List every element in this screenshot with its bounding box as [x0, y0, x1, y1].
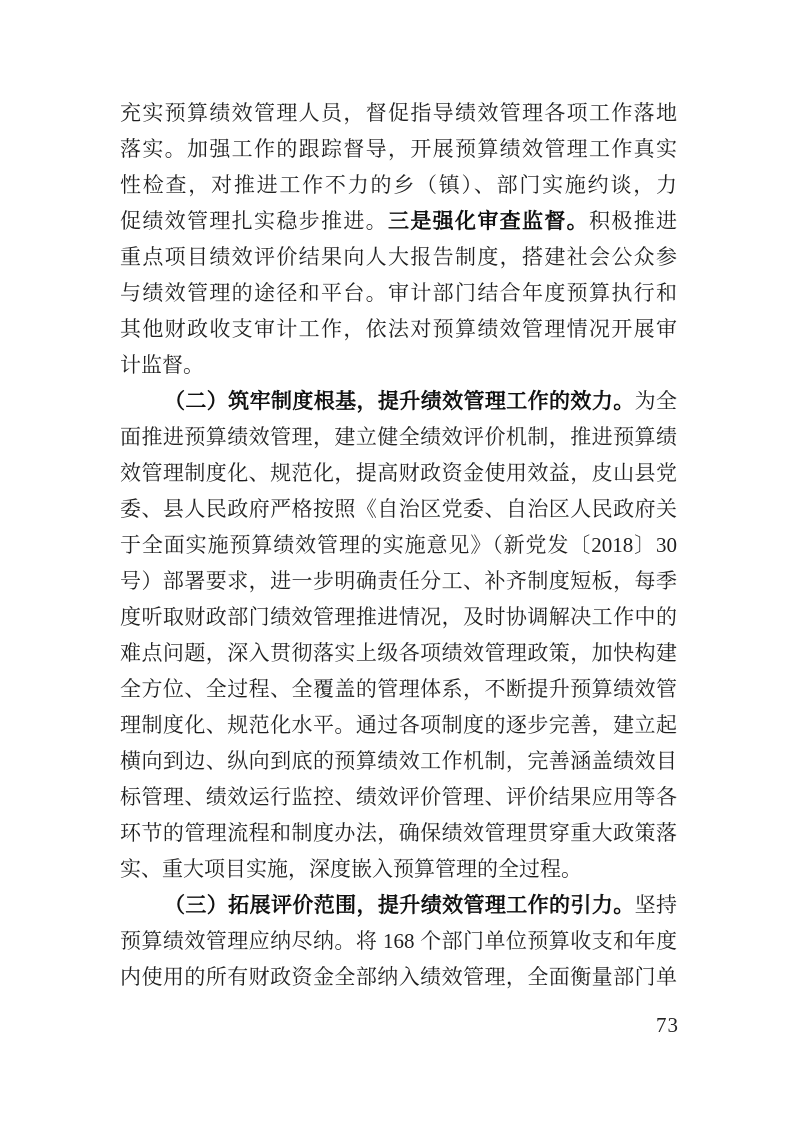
text-run: 与绩效管理的途径和平台。审计部门结合年度预算执行和: [120, 281, 677, 305]
text-run: 效管理制度化、规范化，提高财政资金使用效益，皮山县党: [120, 461, 677, 485]
text-run: 为全: [635, 389, 677, 413]
text-line: 于全面实施预算绩效管理的实施意见》（新党发〔2018〕30: [120, 527, 677, 563]
text-line: 落实。加强工作的跟踪督导，开展预算绩效管理工作真实: [120, 131, 677, 167]
text-block: 充实预算绩效管理人员，督促指导绩效管理各项工作落地落实。加强工作的跟踪督导，开展…: [120, 95, 677, 995]
text-line: （三）拓展评价范围，提升绩效管理工作的引力。坚持: [120, 887, 677, 923]
text-run: 重点项目绩效评价结果向人大报告制度，搭建社会公众参: [120, 245, 677, 269]
text-line: 充实预算绩效管理人员，督促指导绩效管理各项工作落地: [120, 95, 677, 131]
text-line: 度听取财政部门绩效管理推进情况，及时协调解决工作中的: [120, 599, 677, 635]
text-run: 落实。加强工作的跟踪督导，开展预算绩效管理工作真实: [120, 137, 677, 161]
text-run: 坚持: [635, 893, 677, 917]
text-run: 标管理、绩效运行监控、绩效评价管理、评价结果应用等各: [120, 785, 677, 809]
text-run: 性检查，对推进工作不力的乡（镇）、部门实施约谈，力: [120, 173, 677, 197]
text-run: 充实预算绩效管理人员，督促指导绩效管理各项工作落地: [120, 101, 677, 125]
text-line: 环节的管理流程和制度办法，确保绩效管理贯穿重大政策落: [120, 815, 677, 851]
text-line: 效管理制度化、规范化，提高财政资金使用效益，皮山县党: [120, 455, 677, 491]
text-run: 难点问题，深入贯彻落实上级各项绩效管理政策，加快构建: [120, 641, 677, 665]
text-run: 实、重大项目实施，深度嵌入预算管理的全过程。: [120, 857, 582, 881]
text-run: 环节的管理流程和制度办法，确保绩效管理贯穿重大政策落: [120, 821, 677, 845]
text-run: 积极推进: [589, 209, 677, 233]
text-run: 理制度化、规范化水平。通过各项制度的逐步完善，建立起: [120, 713, 677, 737]
text-line: 与绩效管理的途径和平台。审计部门结合年度预算执行和: [120, 275, 677, 311]
text-run: 全方位、全过程、全覆盖的管理体系，不断提升预算绩效管: [120, 677, 677, 701]
text-line: （二）筑牢制度根基，提升绩效管理工作的效力。为全: [120, 383, 677, 419]
text-line: 性检查，对推进工作不力的乡（镇）、部门实施约谈，力: [120, 167, 677, 203]
bold-run: （三）拓展评价范围，提升绩效管理工作的引力。: [164, 893, 635, 917]
text-line: 理制度化、规范化水平。通过各项制度的逐步完善，建立起: [120, 707, 677, 743]
text-line: 预算绩效管理应纳尽纳。将 168 个部门单位预算收支和年度: [120, 923, 677, 959]
text-run: 促绩效管理扎实稳步推进。: [120, 209, 388, 233]
text-line: 难点问题，深入贯彻落实上级各项绩效管理政策，加快构建: [120, 635, 677, 671]
text-line: 实、重大项目实施，深度嵌入预算管理的全过程。: [120, 851, 677, 887]
text-run: 面推进预算绩效管理，建立健全绩效评价机制，推进预算绩: [120, 425, 677, 449]
text-run: 委、县人民政府严格按照《自治区党委、自治区人民政府关: [120, 497, 677, 521]
text-line: 面推进预算绩效管理，建立健全绩效评价机制，推进预算绩: [120, 419, 677, 455]
page-number: 73: [656, 1013, 679, 1038]
text-line: 全方位、全过程、全覆盖的管理体系，不断提升预算绩效管: [120, 671, 677, 707]
text-run: 内使用的所有财政资金全部纳入绩效管理，全面衡量部门单: [120, 965, 677, 989]
text-run: 度听取财政部门绩效管理推进情况，及时协调解决工作中的: [120, 605, 677, 629]
text-run: 预算绩效管理应纳尽纳。将 168 个部门单位预算收支和年度: [120, 929, 677, 953]
document-page: 充实预算绩效管理人员，督促指导绩效管理各项工作落地落实。加强工作的跟踪督导，开展…: [0, 0, 793, 1122]
text-line: 其他财政收支审计工作，依法对预算绩效管理情况开展审: [120, 311, 677, 347]
text-run: 计监督。: [120, 353, 204, 377]
text-run: 于全面实施预算绩效管理的实施意见》（新党发〔2018〕30: [120, 533, 677, 557]
text-line: 内使用的所有财政资金全部纳入绩效管理，全面衡量部门单: [120, 959, 677, 995]
bold-run: （二）筑牢制度根基，提升绩效管理工作的效力。: [164, 389, 635, 413]
text-run: 横向到边、纵向到底的预算绩效工作机制，完善涵盖绩效目: [120, 749, 677, 773]
text-line: 横向到边、纵向到底的预算绩效工作机制，完善涵盖绩效目: [120, 743, 677, 779]
text-line: 促绩效管理扎实稳步推进。三是强化审查监督。积极推进: [120, 203, 677, 239]
text-line: 号）部署要求，进一步明确责任分工、补齐制度短板，每季: [120, 563, 677, 599]
text-line: 计监督。: [120, 347, 677, 383]
text-run: 号）部署要求，进一步明确责任分工、补齐制度短板，每季: [120, 569, 677, 593]
text-line: 委、县人民政府严格按照《自治区党委、自治区人民政府关: [120, 491, 677, 527]
bold-run: 三是强化审查监督。: [388, 209, 589, 233]
text-line: 标管理、绩效运行监控、绩效评价管理、评价结果应用等各: [120, 779, 677, 815]
text-run: 其他财政收支审计工作，依法对预算绩效管理情况开展审: [120, 317, 677, 341]
text-line: 重点项目绩效评价结果向人大报告制度，搭建社会公众参: [120, 239, 677, 275]
